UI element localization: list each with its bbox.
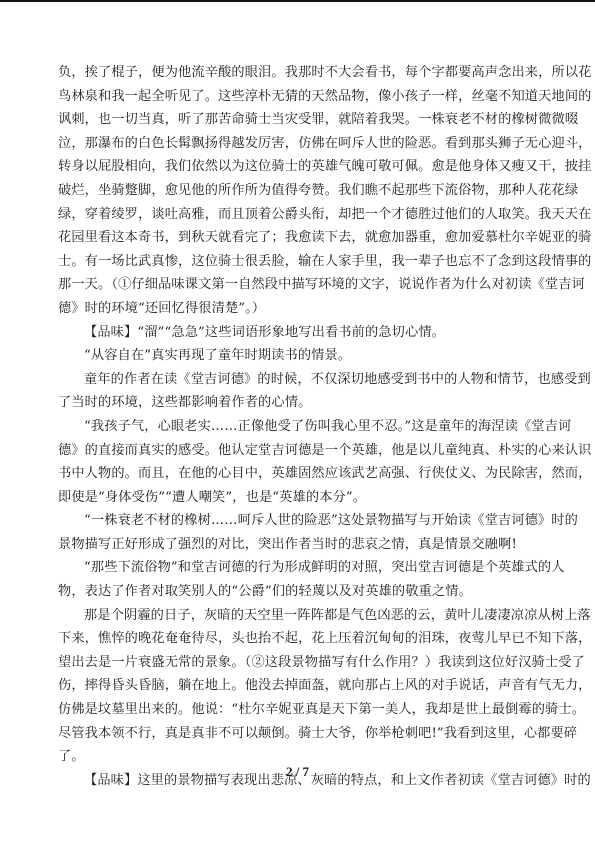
analysis-paragraph: 物，表达了作者对取笑别人的“公爵”们的轻蔑以及对英雄的敬重之情。 xyxy=(58,580,540,604)
text-line: 下来，憔悴的晚花奄奄待尽，头也抬不起，花上压着沉甸甸的泪珠，夜莺儿早已不知下落， xyxy=(58,627,540,651)
appreciation-note: 【品味】“溜”“急急”这些词语形象地写出看书前的急切心情。 xyxy=(58,321,540,345)
text-line: 伤，摔得昏头昏脑，躺在地上。他没去掉面盔，就向那占上风的对手说话，声音有气无力， xyxy=(58,674,540,698)
text-line: 负，挨了棍子，便为他流辛酸的眼泪。我那时不大会看书，每个字都要高声念出来，所以花 xyxy=(58,61,540,85)
question-1-line: 那一天。（①仔细品味课文第一自然段中描写环境的文字，说说作者为什么对初读《堂吉诃 xyxy=(58,273,540,297)
analysis-paragraph: “一株衰老不材的橡树……呵斥人世的险恶”这处景物描写与开始读《堂吉诃德》时的 xyxy=(58,509,540,533)
text-line: 仿佛是坟墓里出来的。他说：“杜尔辛妮亚真是天下第一美人，我却是世上最倒霉的骑士。 xyxy=(58,698,540,722)
text-line: 士。有一场比武真惨，这位骑士很丢脸，输在人家手里，我一辈子也忘不了念到这段情事的 xyxy=(58,250,540,274)
page-top-rule xyxy=(0,0,595,2)
text-line: 泣，那瀑布的白色长髯飘扬得越发厉害，仿佛在呵斥人世的险恶。看到那头狮子无心迎斗， xyxy=(58,132,540,156)
analysis-paragraph: “我孩子气，心眼老实……正像他受了伤叫我心里不忍。”这是童年的海涅读《堂吉诃 xyxy=(58,415,540,439)
text-line: 绿，穿着绫罗，谈吐高雅，而且顶着公爵头衔，却把一个才德胜过他们的人取笑。我天天在 xyxy=(58,203,540,227)
analysis-paragraph: 书中人物的。而且，在他的心目中，英雄固然应该武艺高强、行侠仗义、为民除害，然而， xyxy=(58,462,540,486)
text-line: 破烂，坐骑蹩脚，愈见他的所作所为值得夸赞。我们瞧不起那些下流俗物，那种人花花绿 xyxy=(58,179,540,203)
text-line: 花园里看这本奇书，到秋天就看完了；我愈读下去，就愈加器重，愈加爱慕杜尔辛妮亚的骑 xyxy=(58,226,540,250)
analysis-paragraph: 童年的作者在读《堂吉诃德》的时候，不仅深切地感受到书中的人物和情节，也感受到 xyxy=(58,368,540,392)
question-2-line: 望出去是一片衰盛无常的景象。（②这段景物描写有什么作用？）我读到这位好汉骑士受了 xyxy=(58,651,540,675)
analysis-paragraph: 德》的直接而真实的感受。他认定堂吉诃德是一个英雄，他是以儿童纯真、朴实的心来认识 xyxy=(58,439,540,463)
question-1-line: 德》时的环境“还回忆得很清楚”。） xyxy=(58,297,540,321)
page-number: 2 / 7 xyxy=(0,764,595,780)
appreciation-note: “从容自在”真实再现了童年时期读书的情景。 xyxy=(58,344,540,368)
text-line: 转身以屁股相向，我们依然以为这位骑士的英雄气魄可敬可佩。愈是他身体又瘦又干，披挂 xyxy=(58,155,540,179)
document-body: 负，挨了棍子，便为他流辛酸的眼泪。我那时不大会看书，每个字都要高声念出来，所以花… xyxy=(58,61,540,792)
analysis-paragraph: “那些下流俗物”和堂吉诃德的行为形成鲜明的对照，突出堂吉诃德是个英雄式的人 xyxy=(58,556,540,580)
analysis-paragraph: 即使是“身体受伤”“遭人嘲笑”，也是“英雄的本分”。 xyxy=(58,486,540,510)
text-line: 那是个阴霾的日子，灰暗的天空里一阵阵都是气色凶恶的云，黄叶儿凄凄凉凉从树上落 xyxy=(58,604,540,628)
text-line: 讽刺，也一切当真，听了那苦命骑士当灾受罪，就陪着我哭。一株衰老不材的橡树微微啜 xyxy=(58,108,540,132)
text-line: 鸟林泉和我一起全听见了。这些淳朴无猜的天然品物，像小孩子一样，丝毫不知道天地间的 xyxy=(58,85,540,109)
analysis-paragraph: 了当时的环境，这些都影响着作者的心情。 xyxy=(58,391,540,415)
text-line: 尽管我本领不行，真是真非不可以颠倒。骑士大爷，你举枪刺吧!”我看到这里，心都要碎 xyxy=(58,722,540,746)
analysis-paragraph: 景物描写正好形成了强烈的对比，突出作者当时的悲哀之情，真是情景交融啊! xyxy=(58,533,540,557)
